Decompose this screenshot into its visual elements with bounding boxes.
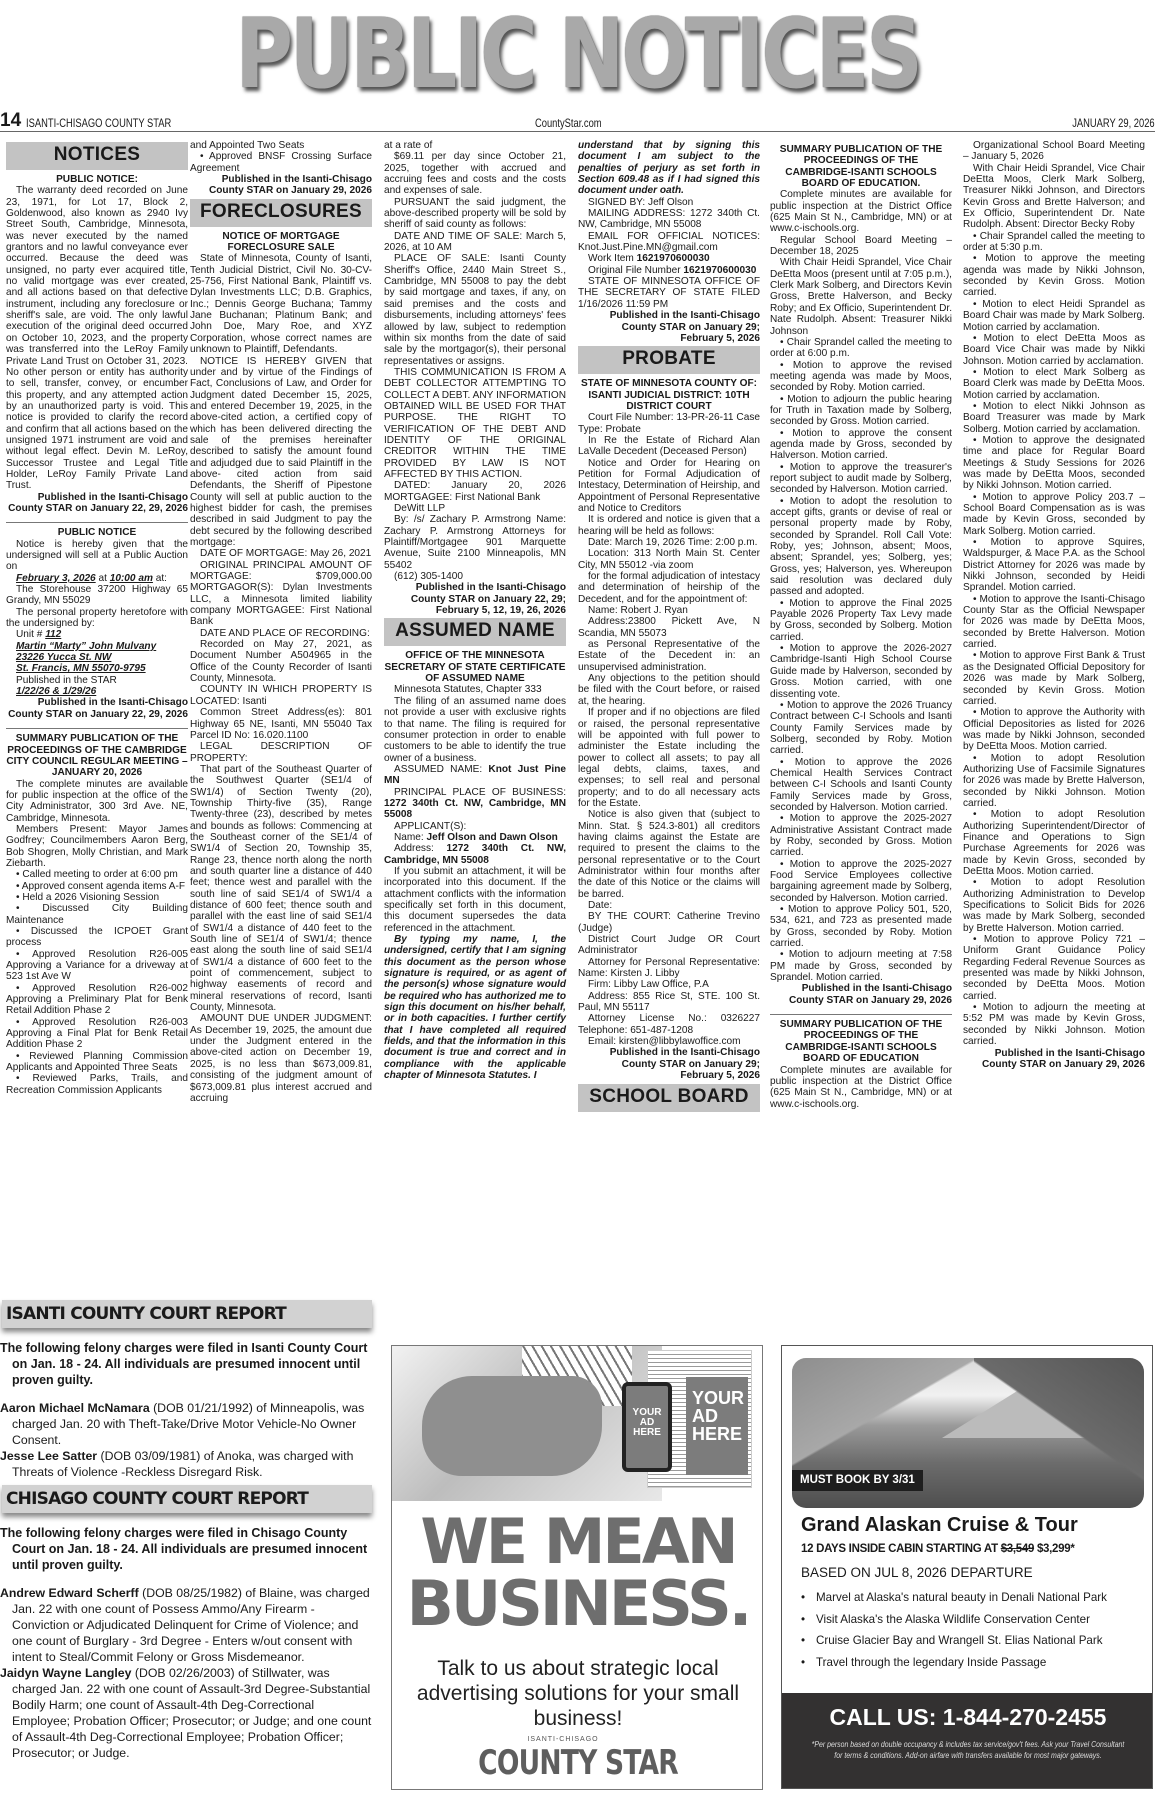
notice-title: STATE OF MINNESOTA COUNTY OF: ISANTI JUD… — [578, 378, 760, 412]
list-item: • Motion to approve the designated time … — [963, 435, 1145, 492]
list-item: • Motion to approve the 2026-2027 Cambri… — [770, 643, 952, 700]
court-intro: The following felony charges were filed … — [0, 1525, 372, 1573]
list-item: • Motion to approve the 2026 Truancy Con… — [770, 700, 952, 757]
section-header-isanti-court: ISANTI COUNTY COURT REPORT — [2, 1300, 372, 1328]
ad-alaska-cruise[interactable]: MUST BOOK BY 3/31 Grand Alaskan Cruise &… — [781, 1345, 1153, 1789]
column-2: and Appointed Two Seats • Approved BNSF … — [190, 140, 372, 1104]
list-item: • Motion to approve the consent agenda m… — [770, 428, 952, 462]
publication-line: Published in the Isanti-Chisago County S… — [770, 983, 952, 1006]
publication-dates: 1/22/26 & 1/29/26 — [6, 686, 188, 697]
chisago-court-report: CHISAGO COUNTY COURT REPORT The followin… — [0, 1485, 372, 1761]
notice-title: SUMMARY PUBLICATION OF THE PROCEEDINGS O… — [770, 1019, 952, 1064]
applicant-address-line: Address: 1272 340th Ct. NW, Cambridge, M… — [384, 843, 566, 866]
list-item: • Motion to adopt Resolution Authorizing… — [963, 877, 1145, 934]
notice-body: Recorded on May 27, 2021, as Document Nu… — [190, 639, 372, 684]
divider — [770, 1014, 952, 1015]
notice-body: State of Minnesota, County of Isanti, Te… — [190, 253, 372, 355]
phone-graphic: YOUR AD HERE — [622, 1382, 672, 1472]
publication-note: Published in the STAR — [6, 675, 188, 686]
notice-body: The personal property heretofore with th… — [6, 607, 188, 630]
notice-body: The warranty deed recorded on June 23, 1… — [6, 185, 188, 491]
list-item: Cruise Glacier Bay and Wrangell St. Elia… — [801, 1630, 1107, 1652]
notice-body: With Chair Heidi Sprandel, Vice Chair De… — [770, 257, 952, 336]
certification-text: understand that by signing this document… — [578, 140, 760, 197]
notice-body: Notice is also given that (subject to Mi… — [578, 809, 760, 900]
notice-body: Location: 313 North Main St. Center City… — [578, 548, 760, 571]
court-entry: Jaidyn Wayne Langley (DOB 02/26/2003) of… — [0, 1665, 372, 1761]
list-item: • Motion to approve the Isanti-Chisago C… — [963, 594, 1145, 651]
masthead: PUBLIC NOTICES — [0, 0, 1155, 108]
list-item: • Motion to approve the Authority with O… — [963, 707, 1145, 752]
notice-body: SIGNED BY: Jeff Olson — [578, 197, 760, 208]
list-item: • Approved consent agenda items A-F — [6, 881, 188, 892]
list-item: • Motion to approve the meeting agenda w… — [963, 253, 1145, 298]
list-item: • Motion to approve the Final 2025 Payab… — [770, 598, 952, 643]
folio-bar: 14 ISANTI-CHISAGO COUNTY STAR CountyStar… — [0, 112, 1155, 132]
notice-body: Address:23800 Pickett Ave, N Scandia, MN… — [578, 616, 760, 639]
section-header-school-board: SCHOOL BOARD — [578, 1084, 760, 1112]
notice-body: DATE AND PLACE OF RECORDING: — [190, 628, 372, 639]
file-number-line: Original File Number 1621970600030 — [578, 265, 760, 276]
list-item: • Approved BNSF Crossing Surface Agreeme… — [190, 151, 372, 174]
list-item: • Held a 2026 Visioning Session — [6, 892, 188, 903]
list-item: • Discussed the ICPOET Grant process — [6, 926, 188, 949]
notice-body: EMAIL FOR OFFICIAL NOTICES: Knot.Just.Pi… — [578, 231, 760, 254]
list-item: • Motion to adopt Resolution Authorizing… — [963, 753, 1145, 810]
page-number: 14 — [0, 112, 21, 130]
list-item: • Reviewed Parks, Trails, and Recreation… — [6, 1073, 188, 1096]
ad-title: Grand Alaskan Cruise & Tour — [801, 1514, 1078, 1537]
notice-body: Notice is hereby given that the undersig… — [6, 539, 188, 573]
list-item: • Motion to elect DeEtta Moos as Board V… — [963, 333, 1145, 367]
departure-line: BASED ON JUL 8, 2026 DEPARTURE — [801, 1565, 1033, 1580]
list-item: • Approved Resolution R26-003 Approving … — [6, 1017, 188, 1051]
notice-body: With Chair Heidi Sprandel, Vice Chair De… — [963, 163, 1145, 231]
section-header-notices: NOTICES — [6, 142, 188, 170]
notice-body: Organizational School Board Meeting – Ja… — [963, 140, 1145, 163]
list-item: • Motion to adjourn the meeting at 5:52 … — [963, 1002, 1145, 1047]
notice-body: BY THE COURT: Catherine Trevino (Judge) — [578, 911, 760, 934]
notice-body: COUNTY IN WHICH PROPERTY IS LOCATED: Isa… — [190, 684, 372, 707]
list-item: • Motion to approve Policy 501, 520, 534… — [770, 904, 952, 949]
notice-title: PUBLIC NOTICE — [6, 527, 188, 538]
notice-body: PURSUANT the said judgment, the above-de… — [384, 197, 566, 231]
list-item: • Called meeting to order at 6:00 pm — [6, 869, 188, 880]
notice-body: APPLICANT(S): — [384, 821, 566, 832]
publication-line: Published in the Isanti-Chisago County S… — [384, 582, 566, 616]
notice-body: DATE OF MORTGAGE: May 26, 2021 — [190, 548, 372, 559]
list-item: • Motion to approve First Bank & Trust a… — [963, 650, 1145, 707]
section-header-probate: PROBATE — [578, 346, 760, 374]
list-item: • Approved Resolution R26-005 Approving … — [6, 949, 188, 983]
list-item: • Motion to adopt the resolution to acce… — [770, 496, 952, 598]
notice-title: SUMMARY PUBLICATION OF THE PROCEEDINGS O… — [6, 733, 188, 778]
list-item: • Chair Sprandel called the meeting to o… — [770, 337, 952, 360]
notice-body: By: /s/ Zachary P. Armstrong Name: Zacha… — [384, 514, 566, 571]
notice-body: District Court Judge OR Court Administra… — [578, 934, 760, 957]
column-1: NOTICES PUBLIC NOTICE: The warranty deed… — [6, 140, 188, 1096]
notice-body: Complete minutes are available for publi… — [770, 189, 952, 234]
publication-line: Published in the Isanti-Chisago County S… — [6, 492, 188, 515]
notice-body: Date: — [578, 900, 760, 911]
list-item: Travel through the legendary Inside Pass… — [801, 1652, 1107, 1674]
notice-body: If proper and if no objections are filed… — [578, 707, 760, 809]
notice-body: Attorney License No.: 0326227 Telephone:… — [578, 1013, 760, 1036]
notice-body: Attorney for Personal Representative: Na… — [578, 957, 760, 980]
notice-body: The filing of an assumed name does not p… — [384, 696, 566, 764]
notice-body: Regular School Board Meeting – December … — [770, 235, 952, 258]
list-item: • Discussed City Building Maintenance — [6, 903, 188, 926]
divider — [6, 728, 188, 729]
notice-body: That part of the Southeast Quarter of th… — [190, 764, 372, 1014]
notice-body: Complete minutes are available for publi… — [770, 1065, 952, 1110]
column-5: SUMMARY PUBLICATION OF THE PROCEEDINGS O… — [770, 140, 952, 1110]
list-item: • Motion to elect Mark Solberg as Board … — [963, 367, 1145, 401]
business-address-line: PRINCIPAL PLACE OF BUSINESS: 1272 340th … — [384, 787, 566, 821]
assumed-name-line: ASSUMED NAME: Knot Just Pine MN — [384, 764, 566, 787]
notice-body: ORIGINAL PRINCIPAL AMOUNT OF MORTGAGE: $… — [190, 560, 372, 628]
notice-title: NOTICE OF MORTGAGE FORECLOSURE SALE — [190, 231, 372, 254]
ad-headline: WE MEAN BUSINESS. — [392, 1511, 763, 1635]
applicant-name-line: Name: Jeff Olson and Dawn Olson — [384, 832, 566, 843]
fine-print: *Per person based on double occupancy & … — [810, 1739, 1126, 1761]
county-star-logo: ISANTI-CHISAGO COUNTY STAR — [392, 1736, 763, 1783]
court-entry: Aaron Michael McNamara (DOB 01/21/1992) … — [0, 1400, 372, 1448]
list-item: • Motion to approve the revised meeting … — [770, 360, 952, 394]
list-item: • Motion to approve the 2025-2027 Admini… — [770, 813, 952, 858]
list-item: • Motion to approve the treasurer's repo… — [770, 462, 952, 496]
list-item: Marvel at Alaska's natural beauty in Den… — [801, 1587, 1107, 1609]
column-3: at a rate of $69.11 per day since Octobe… — [384, 140, 566, 1082]
notice-body: DATED: January 20, 2026 MORTGAGEE: First… — [384, 480, 566, 503]
column-6: Organizational School Board Meeting – Ja… — [963, 140, 1145, 1070]
notice-body: for the formal adjudication of intestacy… — [578, 571, 760, 605]
publication-line: Published in the Isanti-Chisago County S… — [578, 1047, 760, 1081]
certification-text: By typing my name, I, the undersigned, c… — [384, 934, 566, 1081]
notice-body: Common Street Address(es): 801 Highway 6… — [190, 707, 372, 741]
notice-body: at a rate of — [384, 140, 566, 151]
notice-body: The complete minutes are available for p… — [6, 779, 188, 824]
notice-title: OFFICE OF THE MINNESOTA SECRETARY OF STA… — [384, 650, 566, 684]
court-entry: Andrew Edward Scherff (DOB 08/25/1982) o… — [0, 1585, 372, 1665]
notice-body: MAILING ADDRESS: 1272 340th Ct. NW, Camb… — [578, 208, 760, 231]
list-item: • Motion to adjourn the public hearing f… — [770, 394, 952, 428]
notice-body: In Re the Estate of Richard Alan LaValle… — [578, 435, 760, 458]
list-item: • Motion to elect Heidi Sprandel as Boar… — [963, 299, 1145, 333]
notice-body: DATE AND TIME OF SALE: March 5, 2026, at… — [384, 231, 566, 254]
deadline-badge: MUST BOOK BY 3/31 — [792, 1470, 923, 1491]
publication-line: Published in the Isanti-Chisago County S… — [963, 1048, 1145, 1071]
list-item: • Chair Sprandel called the meeting to o… — [963, 231, 1145, 254]
notice-body: (612) 305-1400 — [384, 571, 566, 582]
notice-body: Date: March 19, 2026 Time: 2:00 p.m. — [578, 537, 760, 548]
notice-body: $69.11 per day since October 21, 2025, t… — [384, 151, 566, 196]
list-item: • Motion to approve Squires, Waldspurger… — [963, 537, 1145, 594]
divider — [6, 522, 188, 523]
notice-body: Notice and Order for Hearing on Petition… — [578, 458, 760, 515]
publication-line: Published in the Isanti-Chisago County S… — [578, 310, 760, 344]
notice-body: THIS COMMUNICATION IS FROM A DEBT COLLEC… — [384, 367, 566, 480]
notice-body: AMOUNT DUE UNDER JUDGMENT: As December 1… — [190, 1013, 372, 1104]
ad-we-mean-business[interactable]: YOUR AD HERE YOUR AD HERE WE MEAN BUSINE… — [391, 1345, 763, 1790]
auction-date-line: February 3, 2026 at 10:00 am at: — [6, 573, 188, 584]
publication-line: Published in the Isanti-Chisago County S… — [6, 697, 188, 720]
auction-location: The Storehouse 37200 Highway 65 Grandy, … — [6, 584, 188, 607]
column-4: understand that by signing this document… — [578, 140, 760, 1116]
court-entry: Jesse Lee Satter (DOB 03/09/1981) of Ano… — [0, 1448, 372, 1480]
list-item: • Motion to adjourn meeting at 7:58 PM m… — [770, 949, 952, 983]
notice-body: PLACE OF SALE: Isanti County Sheriff's O… — [384, 253, 566, 366]
notice-body: Email: kirsten@libbylawoffice.com — [578, 1036, 760, 1047]
notice-body: STATE OF MINNESOTA OFFICE OF THE SECRETA… — [578, 276, 760, 310]
work-item-line: Work Item 1621970600030 — [578, 253, 760, 264]
feature-list: Marvel at Alaska's natural beauty in Den… — [801, 1587, 1107, 1673]
list-item: • Motion to elect Nikki Johnson as Board… — [963, 401, 1145, 435]
list-item: Visit Alaska's the Alaska Wildlife Conse… — [801, 1609, 1107, 1631]
tenant-address: 23226 Yucca St. NW — [6, 652, 188, 663]
notice-body: It is ordered and notice is given that a… — [578, 514, 760, 537]
notice-body: as Personal Representative of the Estate… — [578, 639, 760, 673]
list-item: • Motion to adopt Resolution Authorizing… — [963, 809, 1145, 877]
call-banner: CALL US: 1-844-270-2455 *Per person base… — [782, 1693, 1153, 1788]
notice-body: Any objections to the petition should be… — [578, 673, 760, 707]
paper-name: ISANTI-CHISAGO COUNTY STAR — [26, 116, 171, 130]
notice-body: NOTICE IS HEREBY GIVEN that under and by… — [190, 356, 372, 549]
notice-body: If you submit an attachment, it will be … — [384, 866, 566, 934]
page-title: PUBLIC NOTICES — [104, 0, 1051, 108]
issue-date: JANUARY 29, 2026 — [1073, 116, 1155, 130]
list-item: • Approved Resolution R26-002 Approving … — [6, 983, 188, 1017]
section-header-assumed-name: ASSUMED NAME — [384, 618, 566, 646]
notice-body: Members Present: Mayor James Godfrey; Co… — [6, 824, 188, 869]
tenant-city: St. Francis, MN 55070-9795 — [6, 663, 188, 674]
notice-body: Address: 855 Rice St, STE. 100 St. Paul,… — [578, 991, 760, 1014]
mountain-landscape-image: MUST BOOK BY 3/31 — [792, 1358, 1144, 1508]
notice-body: DeWitt LLP — [384, 503, 566, 514]
notice-body: Firm: Libby Law Office, P.A — [578, 979, 760, 990]
website-link[interactable]: CountyStar.com — [535, 116, 602, 130]
phone-number[interactable]: CALL US: 1-844-270-2455 — [782, 1703, 1153, 1731]
list-item: • Motion to approve the 2025-2027 Food S… — [770, 859, 952, 904]
section-header-chisago-court: CHISAGO COUNTY COURT REPORT — [2, 1485, 372, 1513]
publication-line: Published in the Isanti-Chisago County S… — [190, 174, 372, 197]
notice-body: LEGAL DESCRIPTION OF PROPERTY: — [190, 741, 372, 764]
notice-body: Name: Robert J. Ryan — [578, 605, 760, 616]
list-item-continued: and Appointed Two Seats — [190, 140, 372, 151]
unit-line: Unit # 112 — [6, 629, 188, 640]
tenant-name: Martin “Marty” John Mulvany — [6, 641, 188, 652]
notice-body: Court File Number: 13-PR-26-11 Case Type… — [578, 412, 760, 435]
list-item: • Motion to approve Policy 203.7 – Schoo… — [963, 492, 1145, 537]
court-intro: The following felony charges were filed … — [0, 1340, 372, 1388]
list-item: • Reviewed Planning Commission Applicant… — [6, 1051, 188, 1074]
notice-title: SUMMARY PUBLICATION OF THE PROCEEDINGS O… — [770, 144, 952, 189]
isanti-court-report: ISANTI COUNTY COURT REPORT The following… — [0, 1300, 372, 1480]
ad-subtext: Talk to us about strategic local adverti… — [392, 1656, 763, 1731]
list-item: • Motion to approve Policy 721 – Uniform… — [963, 934, 1145, 1002]
price-line: 12 DAYS INSIDE CABIN STARTING AT $3,549 … — [801, 1543, 1075, 1555]
section-header-foreclosures: FORECLOSURES — [190, 199, 372, 227]
list-item: • Motion to approve the 2026 Chemical He… — [770, 757, 952, 814]
notice-title: PUBLIC NOTICE: — [6, 174, 188, 185]
notice-body: Minnesota Statutes, Chapter 333 — [384, 684, 566, 695]
